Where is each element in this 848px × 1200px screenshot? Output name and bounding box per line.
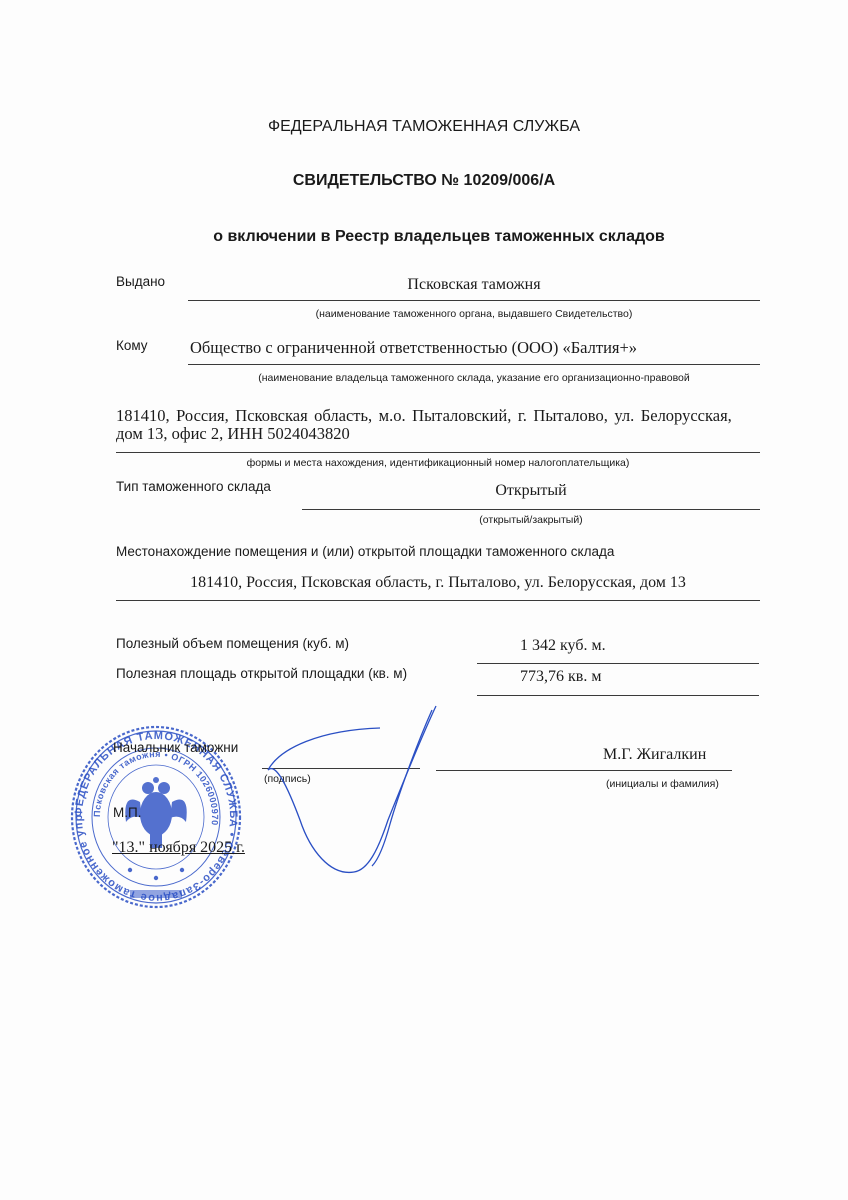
warehouse-type-hint: (открытый/закрытый) — [302, 514, 760, 526]
certificate-subtitle: о включении в Реестр владельцев таможенн… — [0, 228, 848, 246]
volume-label: Полезный объем помещения (куб. м) — [116, 636, 349, 651]
warehouse-type-label: Тип таможенного склада — [116, 479, 271, 494]
area-value: 773,76 кв. м — [520, 668, 601, 686]
recipient-address-line2: дом 13, офис 2, ИНН 5024043820 — [116, 424, 350, 444]
location-value: 181410, Россия, Псковская область, г. Пы… — [116, 574, 760, 592]
signatory-position: Начальник таможни — [113, 740, 238, 755]
volume-value: 1 342 куб. м. — [520, 637, 606, 655]
recipient-hint: (наименование владельца таможенного скла… — [188, 372, 760, 384]
location-underline — [116, 600, 760, 601]
volume-underline — [477, 663, 759, 664]
handwritten-signature — [250, 700, 450, 880]
recipient-address-underline — [116, 452, 760, 453]
recipient-label: Кому — [116, 338, 148, 353]
agency-name: ФЕДЕРАЛЬНАЯ ТАМОЖЕННАЯ СЛУЖБА — [0, 118, 848, 136]
area-label: Полезная площадь открытой площадки (кв. … — [116, 666, 407, 681]
name-underline — [436, 770, 732, 771]
name-hint: (инициалы и фамилия) — [606, 778, 719, 790]
recipient-underline — [188, 364, 760, 365]
location-label: Местонахождение помещения и (или) открыт… — [116, 544, 614, 559]
issued-by-underline — [188, 300, 760, 301]
signatory-name: М.Г. Жигалкин — [603, 746, 706, 764]
issue-date: "13." ноября 2025 г. — [112, 839, 245, 857]
issued-by-hint: (наименование таможенного органа, выдавш… — [188, 308, 760, 320]
warehouse-type-value: Открытый — [302, 482, 760, 500]
stamp-place-label: М.П. — [113, 805, 141, 820]
area-underline — [477, 695, 759, 696]
recipient-address-line1: 181410, Россия, Псковская область, м.о. … — [116, 406, 732, 426]
issued-by-value: Псковская таможня — [188, 276, 760, 294]
issued-by-label: Выдано — [116, 274, 165, 289]
recipient-hint-continued: формы и места нахождения, идентификацион… — [116, 457, 760, 469]
warehouse-type-underline — [302, 509, 760, 510]
recipient-value: Общество с ограниченной ответственностью… — [190, 338, 637, 358]
certificate-title: СВИДЕТЕЛЬСТВО № 10209/006/А — [0, 172, 848, 190]
